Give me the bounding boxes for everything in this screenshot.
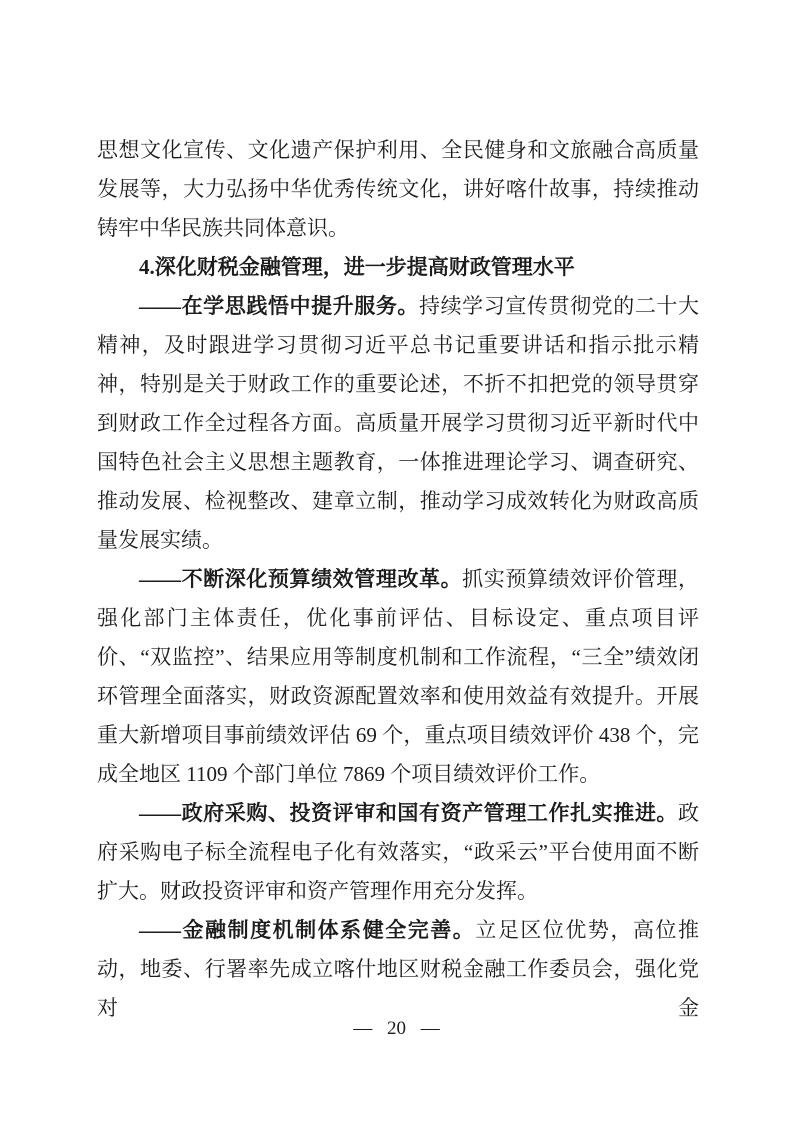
- document-page: 思想文化宣传、文化遗产保护利用、全民健身和文旅融合高质量发展等，大力弘扬中华优秀…: [0, 0, 793, 1122]
- continuation-paragraph: 思想文化宣传、文化遗产保护利用、全民健身和文旅融合高质量发展等，大力弘扬中华优秀…: [97, 131, 699, 248]
- document-body: 思想文化宣传、文化遗产保护利用、全民健身和文旅融合高质量发展等，大力弘扬中华优秀…: [97, 131, 699, 1028]
- paragraph-lead-study-service: ——在学思践悟中提升服务。: [139, 294, 419, 318]
- paragraph-text-study-service: 持续学习宣传贯彻党的二十大精神，及时跟进学习贯彻习近平总书记重要讲话和指示批示精…: [97, 294, 699, 552]
- paragraph-finance-system: ——金融制度机制体系健全完善。立足区位优势，高位推动，地委、行署率先成立喀什地区…: [97, 911, 699, 1028]
- paragraph-procurement-assets: ——政府采购、投资评审和国有资产管理工作扎实推进。政府采购电子标全流程电子化有效…: [97, 794, 699, 911]
- paragraph-text-budget-performance: 抓实预算绩效评价管理，强化部门主体责任，优化事前评估、目标设定、重点项目评价、“…: [97, 567, 699, 786]
- section-heading: 4.深化财税金融管理，进一步提高财政管理水平: [97, 248, 699, 287]
- page-footer: — 20 —: [0, 1016, 793, 1042]
- page-number: — 20 —: [353, 1018, 440, 1039]
- paragraph-lead-budget-performance: ——不断深化预算绩效管理改革。: [139, 567, 462, 591]
- paragraph-budget-performance: ——不断深化预算绩效管理改革。抓实预算绩效评价管理，强化部门主体责任，优化事前评…: [97, 560, 699, 794]
- paragraph-lead-finance-system: ——金融制度机制体系健全完善。: [139, 918, 475, 942]
- paragraph-lead-procurement-assets: ——政府采购、投资评审和国有资产管理工作扎实推进。: [139, 801, 678, 825]
- paragraph-study-service: ——在学思践悟中提升服务。持续学习宣传贯彻党的二十大精神，及时跟进学习贯彻习近平…: [97, 287, 699, 560]
